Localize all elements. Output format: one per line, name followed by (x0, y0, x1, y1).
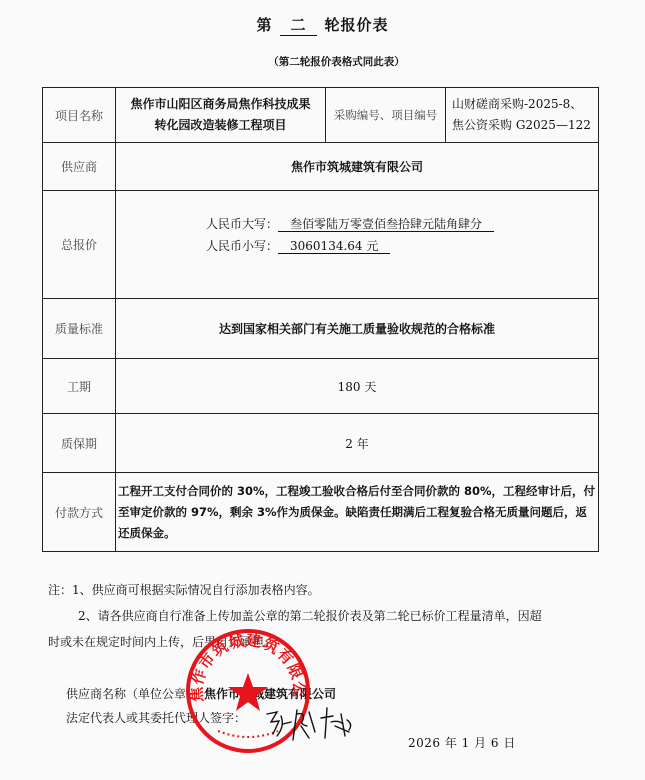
notes-section: 注：1、供应商可根据实际情况自行添加表格内容。 2、请各供应商自行准备上传加盖公… (48, 577, 608, 655)
supplier-label: 供应商 (43, 143, 116, 191)
payment-value: 工程开工支付合同价的 30%，工程竣工验收合格后付至合同价款的 80%，工程经审… (116, 473, 599, 552)
table-row-project: 项目名称 焦作市山阳区商务局焦作科技成果 转化园改造装修工程项目 采购编号、项目… (43, 88, 599, 143)
duration-value: 180 天 (116, 359, 599, 414)
quality-value: 达到国家相关部门有关施工质量验收规范的合格标准 (116, 299, 599, 359)
title-prefix: 第 (256, 16, 272, 34)
rmb-lower-value: 3060134.64 元 (278, 239, 390, 254)
note-2-line1: 2、请各供应商自行准备上传加盖公章的第二轮报价表及第二轮已标价工程量清单，因超 (48, 603, 608, 629)
rmb-lower-line: 人民币小写：3060134.64 元 (206, 235, 596, 257)
procurement-no-line2: 焦公资采购 G2025—122 (452, 115, 596, 136)
representative-label: 法定代表人或其委托代理人签字： (66, 711, 246, 725)
project-name-value: 焦作市山阳区商务局焦作科技成果 转化园改造装修工程项目 (116, 88, 326, 143)
quotation-table: 项目名称 焦作市山阳区商务局焦作科技成果 转化园改造装修工程项目 采购编号、项目… (42, 87, 599, 552)
table-row-payment: 付款方式 工程开工支付合同价的 30%，工程竣工验收合格后付至合同价款的 80%… (43, 473, 599, 552)
rmb-upper-value: 叁佰零陆万零壹佰叁拾肆元陆角肆分 (278, 217, 494, 232)
project-name-label: 项目名称 (43, 88, 116, 143)
table-row-warranty: 质保期 2 年 (43, 414, 599, 473)
supplier-name-line: 供应商名称（单位公章）：焦作市筑城建筑有限公司 (66, 682, 336, 706)
supplier-name-value: 焦作市筑城建筑有限公司 (204, 687, 336, 701)
table-row-duration: 工期 180 天 (43, 359, 599, 414)
payment-label: 付款方式 (43, 473, 116, 552)
warranty-value: 2 年 (116, 414, 599, 473)
warranty-label: 质保期 (43, 414, 116, 473)
supplier-value: 焦作市筑城建筑有限公司 (116, 143, 599, 191)
title-suffix: 轮报价表 (325, 16, 389, 34)
duration-label: 工期 (43, 359, 116, 414)
procurement-no-value: 山财磋商采购-2025-8、 焦公资采购 G2025—122 (446, 88, 599, 143)
title-round-number: 二 (280, 14, 316, 36)
note-2-line2: 时或未在规定时间内上传，后果自负承担。 (48, 629, 608, 655)
total-price-value: 人民币大写：叁佰零陆万零壹佰叁拾肆元陆角肆分 人民币小写：3060134.64 … (116, 191, 599, 299)
page-subtitle: （第二轮报价表格式同此表） (0, 54, 645, 69)
table-row-quality: 质量标准 达到国家相关部门有关施工质量验收规范的合格标准 (43, 299, 599, 359)
project-name-line2: 转化园改造装修工程项目 (118, 115, 323, 136)
page-title: 第二轮报价表 (0, 14, 645, 36)
quality-label: 质量标准 (43, 299, 116, 359)
project-name-line1: 焦作市山阳区商务局焦作科技成果 (118, 94, 323, 115)
rmb-lower-label: 人民币小写： (206, 239, 278, 253)
procurement-no-label: 采购编号、项目编号 (326, 88, 446, 143)
signature-block: 供应商名称（单位公章）：焦作市筑城建筑有限公司 法定代表人或其委托代理人签字： (66, 682, 336, 730)
signing-date: 2026 年 1 月 6 日 (408, 734, 516, 751)
rmb-upper-label: 人民币大写： (206, 217, 278, 231)
total-price-label: 总报价 (43, 191, 116, 299)
procurement-no-line1: 山财磋商采购-2025-8、 (452, 94, 596, 115)
table-row-supplier: 供应商 焦作市筑城建筑有限公司 (43, 143, 599, 191)
table-row-total-price: 总报价 人民币大写：叁佰零陆万零壹佰叁拾肆元陆角肆分 人民币小写：3060134… (43, 191, 599, 299)
representative-line: 法定代表人或其委托代理人签字： (66, 706, 336, 730)
supplier-name-label: 供应商名称（单位公章）： (66, 687, 204, 701)
note-1: 注：1、供应商可根据实际情况自行添加表格内容。 (48, 577, 608, 603)
rmb-upper-line: 人民币大写：叁佰零陆万零壹佰叁拾肆元陆角肆分 (206, 213, 596, 235)
